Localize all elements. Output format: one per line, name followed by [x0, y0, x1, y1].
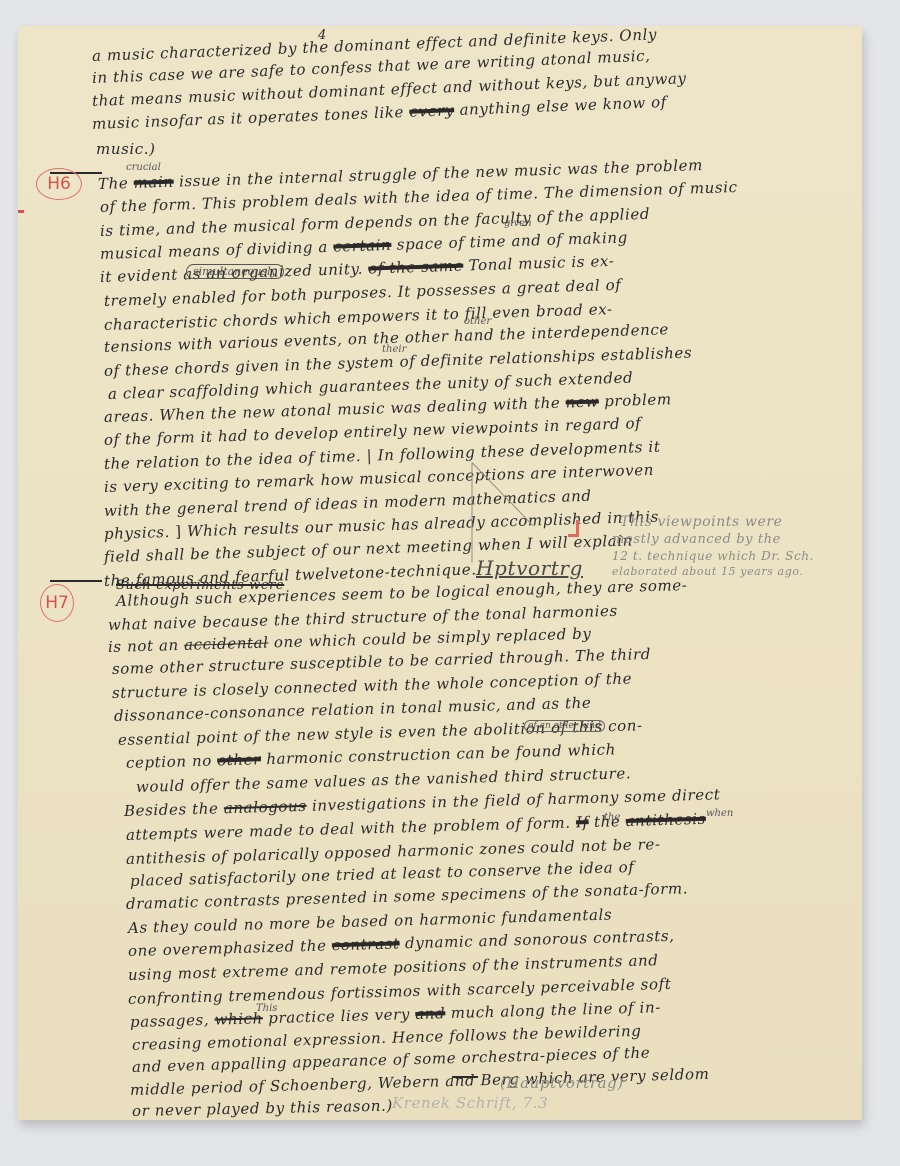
insert-of-an-other-kind: of an other kind — [524, 720, 605, 732]
text-segment: Besides the — [124, 799, 219, 820]
text-segment: accidental — [184, 634, 269, 654]
text-segment: is not an — [108, 636, 179, 656]
pencil-note-line: This viewpoints were — [620, 514, 783, 530]
text-segment: problem — [604, 390, 672, 410]
text-segment: the — [594, 812, 621, 831]
pencil-connector — [472, 463, 473, 563]
insert-given: given — [504, 218, 532, 229]
struck-word: every — [409, 101, 455, 121]
red-bracket-mark — [568, 520, 579, 537]
margin-mark — [18, 210, 24, 213]
insert-when: when — [706, 808, 733, 819]
text-line: music.) — [96, 140, 156, 158]
struck-word: of the same — [368, 257, 464, 278]
pencil-note-line: 12 t. technique which Dr. Sch. — [612, 549, 814, 563]
struck-word: which — [214, 1009, 263, 1028]
pencil-note-line: elaborated about 15 years ago. — [612, 565, 803, 578]
section-marker-h7: H7 — [40, 584, 74, 622]
text-segment: passages, — [130, 1011, 210, 1031]
section-divider — [50, 580, 102, 582]
pencil-note-line: mostly advanced by the — [612, 532, 781, 547]
end-mark — [452, 1076, 478, 1078]
struck-word: other — [217, 750, 261, 769]
struck-word: and — [415, 1004, 446, 1023]
insert-crucial: crucial — [126, 162, 161, 173]
closing-pencil-note: (Hauptvortrag) — [500, 1074, 624, 1092]
text-segment: physics. — [104, 523, 170, 543]
struck-word: certain — [333, 236, 392, 256]
struck-word: analogous — [224, 797, 307, 817]
struck-word: new — [565, 392, 599, 411]
text-segment: it evident — [100, 266, 178, 286]
text-segment: The — [98, 174, 129, 193]
struck-word: If — [576, 813, 589, 831]
text-segment: form. — [527, 814, 571, 833]
footer-pencil-note: Krenek Schrift, 7.3 — [392, 1094, 548, 1112]
text-segment: construction — [348, 745, 451, 766]
text-segment: harmonic — [266, 748, 343, 768]
struck-word: main — [133, 173, 174, 192]
text-segment: ception no — [126, 752, 212, 772]
section-marker-h6: H6 — [36, 168, 82, 200]
bracket-insert-simultaneously: simultaneously — [186, 264, 284, 279]
struck-word: antithesis — [626, 810, 707, 830]
struck-word: contrast — [332, 934, 400, 954]
pencil-heading: Hptvortrg — [476, 556, 583, 580]
